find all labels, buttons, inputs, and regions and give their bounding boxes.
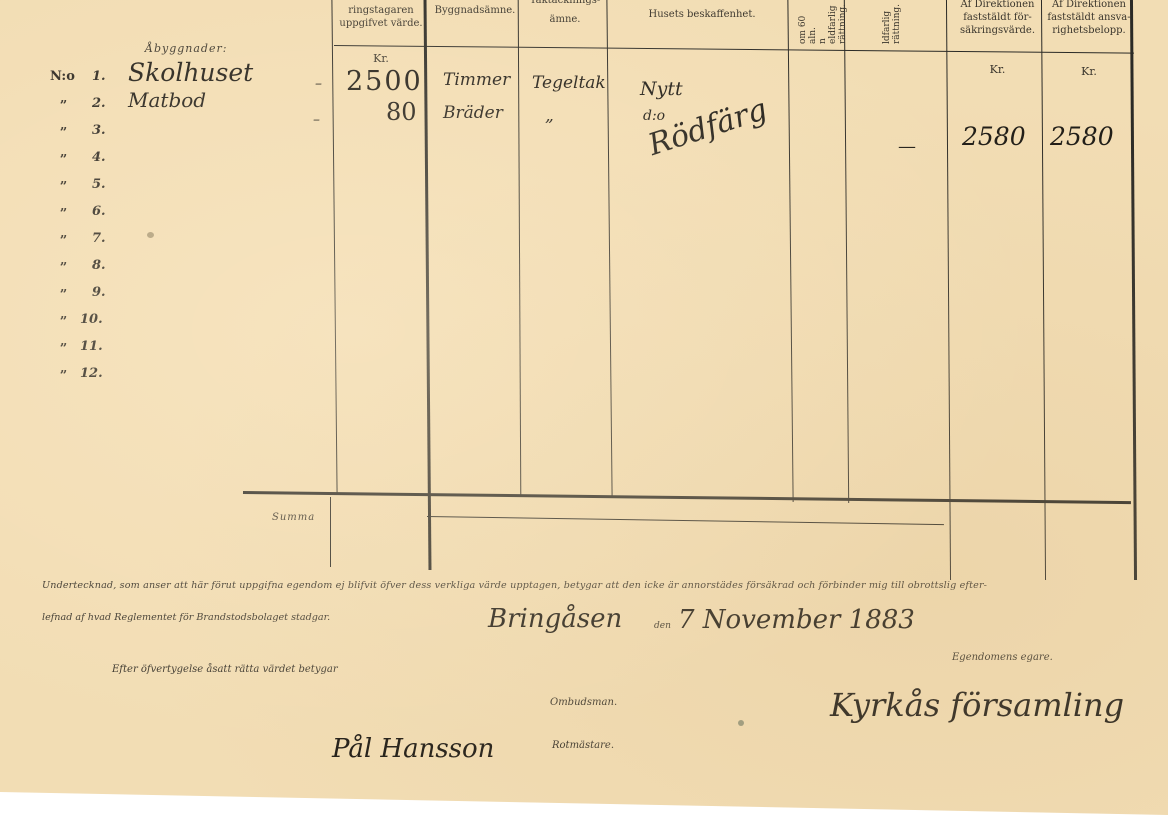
row-2-building-material: Bräder	[443, 103, 503, 123]
owner-signature: Kyrkås församling	[830, 686, 1124, 724]
ditto-mark-12: „	[60, 361, 67, 376]
stain-spot	[738, 720, 744, 726]
currency-label-liability: Kr.	[1045, 65, 1133, 78]
row-2-owner-value: 80	[386, 98, 417, 126]
row-number-1: 1.	[92, 69, 106, 84]
header-liability-line3: righetsbelopp.	[1045, 24, 1133, 37]
header-owner-value-line2: uppgifvet värde.	[335, 17, 427, 30]
currency-label-insured-value: Kr.	[951, 63, 1044, 76]
col-line-insured-right	[1041, 0, 1046, 580]
header-liability-line1: Af Direktionen	[1045, 0, 1133, 11]
row-number-9: 9.	[92, 285, 106, 300]
form-sheet: ringstagaren uppgifvet värde. Byggnadsäm…	[0, 0, 1168, 826]
rotmastare-signature: Pål Hansson	[332, 734, 494, 764]
row-number-7: 7.	[92, 231, 106, 246]
stain-spot	[147, 232, 154, 238]
header-firehazard-line1: ldfarlig	[882, 11, 892, 44]
ditto-mark-9: „	[60, 280, 67, 295]
col-line-table-right	[1130, 0, 1137, 580]
col-line-firehazard-right	[946, 0, 951, 580]
ditto-mark-2: „	[60, 91, 67, 106]
row-2-building-name: Matbod	[128, 88, 206, 112]
declaration-line-2: lefnad af hvad Reglementet för Brandstod…	[42, 612, 330, 623]
col-line-owner-value-left	[331, 0, 337, 495]
fire-hazard-value: —	[898, 136, 916, 157]
declaration-line-1: Undertecknad, som anser att här förut up…	[42, 580, 987, 591]
header-roofing-line2: ämne.	[520, 13, 610, 26]
header-direction-insured-value: Af Direktionen faststäldt för- säkringsv…	[951, 0, 1044, 37]
ditto-mark-7: „	[60, 226, 67, 241]
ditto-mark-5: „	[60, 172, 67, 187]
row-number-12: 12.	[80, 366, 103, 381]
header-owner-value: ringstagaren uppgifvet värde.	[335, 4, 427, 30]
owner-label: Egendomens egare.	[952, 652, 1053, 663]
row-1-house-condition: Nytt	[640, 78, 683, 100]
row-2-dash: –	[313, 112, 320, 128]
header-60aln-line3: rättning.	[838, 4, 848, 44]
currency-label-owner-value: Kr.	[335, 52, 427, 65]
header-insured-line3: säkringsvärde.	[951, 24, 1044, 37]
ditto-mark-6: „	[60, 199, 67, 214]
header-direction-liability-amount: Af Direktionen faststäldt ansva- righets…	[1045, 0, 1133, 37]
row-number-6: 6.	[92, 204, 106, 219]
header-insured-line1: Af Direktionen	[951, 0, 1044, 11]
declaration-place: Bringåsen	[488, 604, 622, 634]
row-1-owner-value: 2500	[346, 66, 423, 97]
declaration-den-label: den	[654, 621, 671, 631]
rotmastare-label: Rotmästare.	[552, 740, 614, 751]
col-line-roofing-right	[606, 0, 612, 498]
ditto-mark-3: „	[60, 118, 67, 133]
number-prefix: N:o	[50, 69, 75, 84]
col-line-condition-right	[787, 0, 793, 502]
summa-top-line	[243, 491, 1131, 504]
row-1-dash: –	[315, 76, 322, 92]
row-number-5: 5.	[92, 177, 106, 192]
condition-note-paint: Rödfärg	[644, 92, 771, 163]
col-line-material-right	[518, 0, 522, 497]
ditto-mark-10: „	[60, 307, 67, 322]
row-number-4: 4.	[92, 150, 106, 165]
header-60aln-line2: n eldfarlig	[818, 6, 838, 44]
header-separator	[334, 45, 1134, 54]
direction-insured-value: 2580	[962, 122, 1026, 151]
row-1-building-material: Timmer	[443, 70, 510, 90]
declaration-date: 7 November 1883	[678, 605, 915, 635]
header-owner-value-line1: ringstagaren	[335, 4, 427, 17]
ombudsman-label: Ombudsman.	[550, 697, 617, 708]
row-2-house-condition: d:o	[643, 108, 665, 124]
summa-inner-line	[427, 516, 944, 525]
row-number-10: 10.	[80, 312, 103, 327]
header-roofing-material: Taktäcknings- ämne.	[520, 0, 610, 26]
col-line-60aln-right	[844, 0, 849, 503]
header-building-material: Byggnadsämne.	[430, 4, 520, 17]
summa-label: Summa	[272, 512, 315, 523]
header-within-60-aln: om 60 aln. n eldfarlig rättning.	[798, 2, 848, 44]
header-liability-line2: faststäldt ansva-	[1045, 11, 1133, 24]
header-firehazard-line2: rättning.	[892, 4, 902, 44]
row-number-8: 8.	[92, 258, 106, 273]
col-line-owner-value-left-lower	[330, 497, 331, 567]
valuation-statement: Efter öfvertygelse åsatt rätta värdet be…	[112, 664, 338, 675]
ditto-mark-8: „	[60, 253, 67, 268]
row-number-2: 2.	[92, 96, 106, 111]
section-label-abyggnader: Åbyggnader:	[145, 42, 227, 55]
ditto-mark-11: „	[60, 334, 67, 349]
header-60aln-line1: om 60 aln.	[798, 16, 818, 44]
header-house-condition: Husets beskaffenhet.	[612, 8, 792, 21]
ditto-mark-4: „	[60, 145, 67, 160]
header-roofing-line1: Taktäcknings-	[520, 0, 610, 7]
direction-liability-amount: 2580	[1050, 122, 1114, 151]
row-number-3: 3.	[92, 123, 106, 138]
row-number-11: 11.	[80, 339, 103, 354]
header-insured-line2: faststäldt för-	[951, 11, 1044, 24]
header-fire-hazard: ldfarlig rättning.	[882, 2, 902, 44]
col-line-value-right	[424, 0, 432, 570]
row-1-roofing-material: Tegeltak	[532, 73, 606, 93]
row-2-roofing-material: „	[545, 106, 554, 126]
row-1-building-name: Skolhuset	[128, 58, 253, 87]
